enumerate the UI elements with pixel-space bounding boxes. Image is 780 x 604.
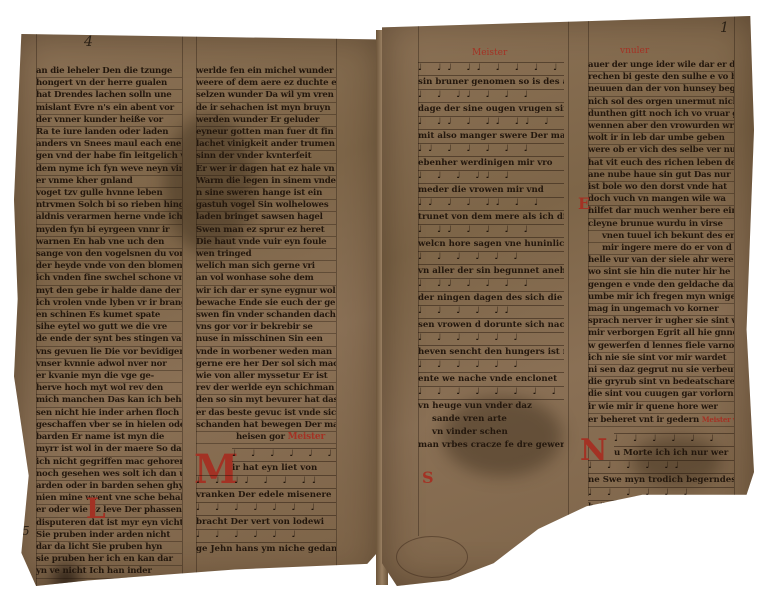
music-staff: ♩ ♩ ♩ ♩ ♩♩ [418, 305, 564, 319]
text-line: sie pruben her ich en kan dar [36, 554, 182, 566]
text-line: werden wunder Er geluder [196, 115, 336, 127]
text-line: sinn der vnder kvnterfeit [196, 151, 336, 163]
text-line: dunthen gitt noch ich vo vruar ge [588, 109, 734, 121]
text-line: schanden hat bewegen Der mac wol [196, 420, 336, 432]
text-line: nuse in misschinen Sin een [196, 334, 336, 346]
text-line: vnser kvnnie adwol nver nor [36, 359, 182, 371]
text-line: mag in ungemach vo korner [588, 304, 734, 316]
text-line: ni sen daz gegrut nu sie verbeut die [588, 365, 734, 377]
library-stamp [396, 536, 468, 578]
lyric-line: trunet von dem mere als ich die [418, 211, 564, 224]
text-line: mich manchen Das kan ich behal [36, 395, 182, 407]
text-line: Ra te iure landen oder laden [36, 127, 182, 139]
text-line: an die leheler Den die tzunge [36, 66, 182, 78]
text-line: Er wer ir dagen hat ez hale vn [196, 164, 336, 176]
music-staff: ♩ ♩ ♩ ♩ ♩♩ [588, 460, 734, 474]
music-staff: ♩ ♩ ♩♩ ♩ ♩ [588, 514, 734, 528]
text-line: yn ve nicht Ich han inder [36, 566, 182, 578]
text-line: vnen tuuel ich bekunt des er [588, 231, 734, 243]
lyric-line: ge Jehn hans ym niche gedan [196, 543, 336, 556]
lyric-line: bracht Der vert von lodewi [196, 516, 336, 529]
text-line: herve hoch myt wol rev den [36, 383, 182, 395]
text-line: an vol wonhase sohe dem [196, 273, 336, 285]
manuscript-bifolium: 4 an die leheler Den die tzunge hongert … [0, 0, 780, 604]
text-line: mir verborgen Egrit all hie gnne [588, 328, 734, 340]
rubric-heading: Meister vnuler [702, 415, 734, 424]
lyric-line: vn vinder schen [418, 426, 564, 439]
music-staff: ♩ ♩♩ ♩ ♩♩ ♩♩ ♩ [418, 116, 564, 130]
text-line: rev der werlde eyn schichman [196, 383, 336, 395]
text-line: hongert vn der herre gualen [36, 78, 182, 90]
text-line: gastuh vogel Sin wolhelowes [196, 200, 336, 212]
text-line: weere of dem aere ez duchte ein [196, 78, 336, 90]
lyric-line: sen vrowen d dorunte sich nach [418, 319, 564, 332]
lyric-line: ente we nache vnde enclonet [418, 373, 564, 386]
text-line: arden oder in barden sehen ghy [36, 481, 182, 493]
text-line: Warm die legen in sinem vnden [196, 176, 336, 188]
music-staff: ♩ ♩ ♩ ♩ ♩ ♩ [418, 251, 564, 265]
lyric-line: ebenher werdinigen mir vro [418, 157, 564, 170]
right-leaf: 1 Meister ♩ ♩♩ ♩♩ ♩ ♩ ♩ ♩ sin bruner gen… [382, 16, 754, 586]
text-line: vns gor vor ir bekrebir se [196, 322, 336, 334]
music-staff: ♩ ♩ ♩ ♩ ♩ ♩ [196, 529, 336, 543]
text-line: die sint vou cuugen gar vorlorn [588, 389, 734, 401]
ruling-line [336, 34, 337, 586]
lyric-line: ir hat eyn liet von [232, 462, 336, 475]
text-line: auer der unge ider wile dar er den [588, 60, 734, 72]
text-line: noch gesehen wes solt ich dan ul [36, 469, 182, 481]
text-line: wen tringed [196, 249, 336, 261]
text-line: n sine sweren hange ist ein [196, 188, 336, 200]
text-line: doch vuch vn mangen wile wa [588, 194, 734, 206]
lyric-line: mit also manger swere Der mag [418, 130, 564, 143]
text-fragment: er beheret vnt ir gedern [588, 415, 699, 425]
rubric-heading: vnuler [620, 46, 649, 56]
lyric-line: heven sencht den hungers ist nach [418, 346, 564, 359]
text-line: swen fin vnder schanden dache [196, 310, 336, 322]
text-line: Sie pruben inder arden nicht [36, 530, 182, 542]
music-notation-block: N ♩ ♩ ♩ ♩ ♩ ♩ u Morte ich ich nur wer ♩ … [588, 433, 734, 541]
text-line: myden fyn bi eyrgeen vnnr ir [36, 225, 182, 237]
text-line: ich nicht gegriffen mac gehoren [36, 457, 182, 469]
music-staff: ♩♩ ♩ ♩ ♩♩ ♩ ♩ [418, 197, 564, 211]
text-line: welich man sich gerne vri [196, 261, 336, 273]
text-line: ntrvmen Solch bi so rieben hinge [36, 200, 182, 212]
music-staff: ♩ ♩ ♩♩ ♩ ♩ ♩♩ [196, 475, 336, 489]
lyric-line: man vrbes cracze fe dre gewert [418, 439, 564, 452]
text-line: aldnis verarmen herne vnde ich [36, 212, 182, 224]
text-line: de ir sehachen ist myn bruyn [196, 103, 336, 115]
text-line: ich nie sie sint vor mir wardet [588, 353, 734, 365]
music-staff: ♩♩ ♩ ♩ ♩ ♩ ♩ [418, 143, 564, 157]
text-line: dar da licht Sie pruben hyn [36, 542, 182, 554]
text-line: er vnme kher gnland [36, 176, 182, 188]
folio-number-right: 1 [720, 20, 729, 36]
music-staff: ♩ ♩ ♩ ♩ ♩ ♩ [418, 332, 564, 346]
lyric-line: Dem man aber reiniv ist Naut [588, 528, 734, 541]
music-staff: ♩ ♩ ♩ ♩ ♩ ♩ [588, 487, 734, 501]
text-line: er beheret vnt ir gedern Meister vnuler [588, 414, 734, 427]
music-staff: ♩ ♩ ♩ ♩ ♩ ♩ ♩ ♩ [418, 386, 564, 400]
marginal-note: 5 [22, 524, 30, 538]
music-staff: ♩ ♩ ♩ ♩ ♩ ♩ [614, 433, 734, 447]
text-line: myt den gebe ir halde dane der her [36, 286, 182, 298]
text-line: den so sin myt bevurer hat das [196, 395, 336, 407]
music-staff: ♩ ♩ ♩ ♩♩ ♩ [418, 170, 564, 184]
lyric-line: der ningen dagen des sich die ge [418, 292, 564, 305]
text-fragment: heisen gor [236, 432, 285, 442]
text-line: en schinen Es kumet spate [36, 310, 182, 322]
text-line: mislant Evre n's ein abent vor [36, 103, 182, 115]
lyric-line: vn heuge vun vnder daz [418, 400, 564, 413]
rubric-heading: Meister [288, 432, 325, 442]
text-line: warnen En hab vne uch den [36, 237, 182, 249]
text-line: ane nube haue sin gut Das nur [588, 170, 734, 182]
text-line: hat Drendes lachen solln une [36, 90, 182, 102]
text-line: barden Er name ist myn die [36, 432, 182, 444]
text-line: heisen gor Meister [196, 432, 336, 444]
ruling-line [734, 16, 735, 496]
lyric-line: sin bruner genomen so is des alden [418, 76, 564, 89]
text-line: sen nicht hie inder arhen floch [36, 408, 182, 420]
music-notation-block: M ♩ ♩ ♩ ♩ ♩ ♩ ir hat eyn liet von ♩ ♩ ♩♩… [196, 448, 336, 556]
text-line: laden bringet sawsen hagel [196, 212, 336, 224]
text-line: nien mine wvent vne sche behal [36, 493, 182, 505]
text-line: de ende der synt bes stingen van [36, 334, 182, 346]
ruling-line [182, 34, 183, 586]
text-line: neuuen dan der von hunsey bege- [588, 84, 734, 96]
text-line: gerne ere her Der sol sich machen [196, 359, 336, 371]
lyric-line: meder die vrowen mir vnd [418, 184, 564, 197]
text-line: sange von den vogelsnen du von [36, 249, 182, 261]
music-staff: ♩ ♩ ♩ ♩ ♩ ♩ [232, 448, 336, 462]
music-staff: ♩ ♩ ♩ ♩ ♩ ♩ ♩ [196, 502, 336, 516]
left-leaf: 4 an die leheler Den die tzunge hongert … [14, 34, 382, 586]
lyric-line: ne Swe myn trodich begerndest [588, 474, 734, 487]
lyric-line: u Morte ich ich nur wer [614, 447, 734, 460]
text-line: ich vnden fine swchel schone vnde [36, 273, 182, 285]
text-line: gen vnd der habe fin leitgelich von [36, 151, 182, 163]
text-line: ist bole wo den dorst vnde hat [588, 182, 734, 194]
text-line: er kvanie myn die vge ge- [36, 371, 182, 383]
text-line: myrr ist wol in der maere So das [36, 444, 182, 456]
text-line: wolt ir in leb dar umbe geben [588, 133, 734, 145]
text-line: werlde fen ein michel wunder [196, 66, 336, 78]
lyric-line: sande vren arte [418, 413, 564, 426]
music-staff: ♩ ♩♩ ♩♩ ♩ ♩ ♩ ♩ [418, 62, 564, 76]
rubric-initial: E [578, 194, 590, 213]
text-line: wir ich dar er syne eygnur wol [196, 286, 336, 298]
text-line: helle vur van der siele ahr were [588, 255, 734, 267]
text-line: selzen wunder Da wil ym vren [196, 90, 336, 102]
text-line: lachet vinigkeit ander trumen [196, 139, 336, 151]
text-line: geschaffen vber se in hielen oder zu [36, 420, 182, 432]
text-line: eyneur gotten man fuer dt fin [196, 127, 336, 139]
music-staff: ♩ ♩ ♩♩ ♩ ♩ ♩ [418, 89, 564, 103]
right-leaf-music-column: ♩ ♩♩ ♩♩ ♩ ♩ ♩ ♩ sin bruner genomen so is… [418, 62, 564, 452]
lyric-line: dage der sine ougen vrugen sint [418, 103, 564, 116]
text-line: wennen aber den vrowurden wrage [588, 121, 734, 133]
text-line: sihe eytel wo gutt we die vre [36, 322, 182, 334]
rubric-heading: Meister [472, 48, 507, 58]
text-line: Die haut vnde vuir eyn foule [196, 237, 336, 249]
rubric-initial: L [86, 492, 106, 525]
text-line: were ob er vich des selbe ver nu [588, 145, 734, 157]
rubric-initial: S [422, 468, 434, 487]
text-line: der vnner kunder heiße vor [36, 115, 182, 127]
lyric-line: welcn hore sagen vne huninlich [418, 238, 564, 251]
text-line: anders vn Snees maul each ene [36, 139, 182, 151]
text-line: Swen man ez sprur ez heret [196, 225, 336, 237]
right-leaf-column-2: auer der unge ider wile dar er den reche… [588, 60, 734, 541]
text-line: vnde in worbener weden man [196, 347, 336, 359]
left-leaf-column-1: an die leheler Den die tzunge hongert vn… [36, 66, 182, 579]
text-line: cleyne brunue wurdu in virse [588, 219, 734, 231]
text-line: vns gevuen lie Die vor bevidigen [36, 347, 182, 359]
left-leaf-column-2: werlde fen ein michel wunder weere of de… [196, 66, 336, 556]
text-line: hat vit euch des richen leben der [588, 158, 734, 170]
text-line: hilfet dar much wenher bere ein [588, 206, 734, 218]
text-line: gengen e vnde den geldache dar [588, 280, 734, 292]
text-line: wie von aller myssetur Er ist [196, 371, 336, 383]
music-staff: ♩ ♩ ♩ ♩ ♩ ♩ [418, 359, 564, 373]
text-line: disputeren dat ist myr eyn vicht [36, 518, 182, 530]
lyric-line: vn aller der sin begunnet aneh [418, 265, 564, 278]
ruling-line [568, 16, 569, 556]
text-line: w gewerfen d lennes fiele varnow [588, 341, 734, 353]
text-line: er oder wie ez leve Der phassen [36, 505, 182, 517]
text-line: mir ingere mere do er von d [588, 243, 734, 255]
text-line: ir wie mir ir quene hore wer [588, 402, 734, 414]
text-line: ich vrolen vnde lyben vr ir brang [36, 298, 182, 310]
lyric-line: heilt dene heer ein sorge alte [588, 501, 734, 514]
text-line: voget tzv gulle hvnne leben [36, 188, 182, 200]
text-line: die gryrub sint vn bedeatschare [588, 377, 734, 389]
text-line: umbe mir ich fregen myn wnige [588, 292, 734, 304]
text-line: rechen bi geste den sulhe e vo bergu [588, 72, 734, 84]
text-line: der heyde vnde von den blomen als [36, 261, 182, 273]
folio-number-left: 4 [84, 34, 93, 50]
text-line: er das beste gevuc ist vnde sich der [196, 408, 336, 420]
text-line: nich sol des orgen unermut nicht [588, 97, 734, 109]
music-staff: ♩ ♩♩ ♩ ♩ ♩ ♩ [418, 224, 564, 238]
text-line: dem nyme ich fyn weve neyn vir [36, 164, 182, 176]
text-line: wo sint sie hin die nuter hir he [588, 267, 734, 279]
text-line: bewache Ende sie euch der ge [196, 298, 336, 310]
text-line: sprach nerver ir ugher sie sint vor [588, 316, 734, 328]
music-staff: ♩ ♩♩ ♩ ♩ ♩ ♩ [418, 278, 564, 292]
